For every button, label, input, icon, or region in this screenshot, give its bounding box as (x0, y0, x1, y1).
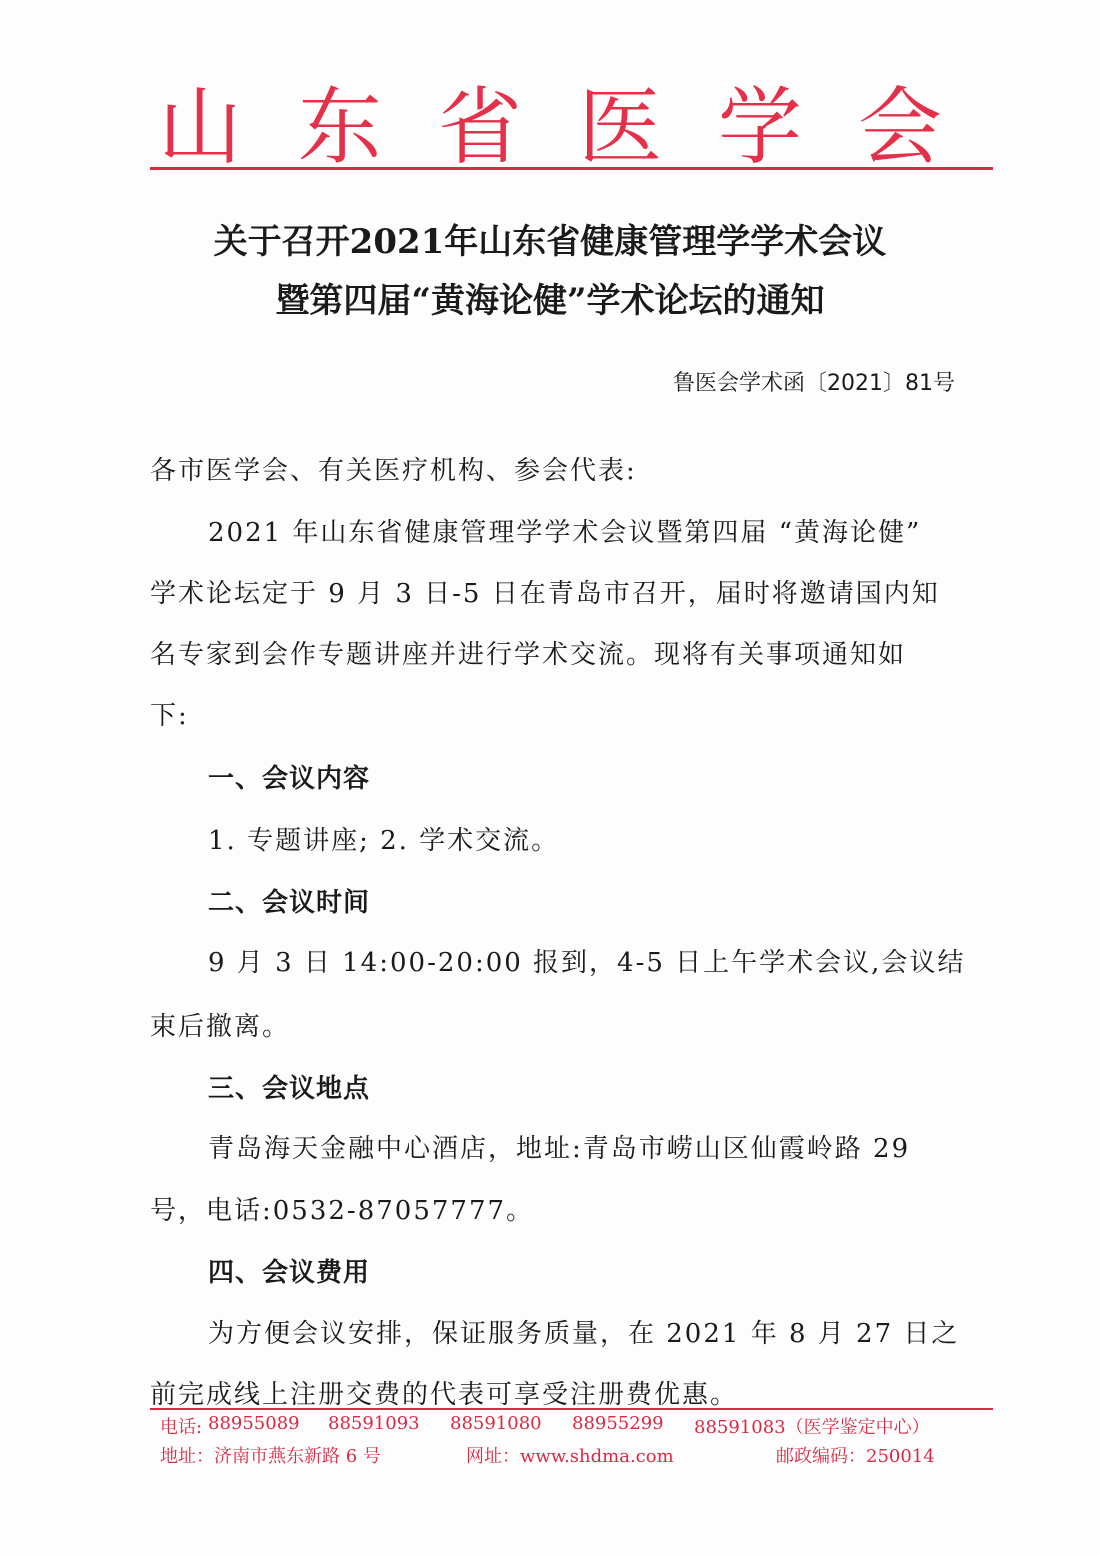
footer-phone: 88591093 (328, 1413, 450, 1439)
footer-postcode: 邮政编码：250014 (776, 1442, 935, 1468)
footer-phone-label: 电话: (160, 1413, 208, 1439)
section-body-line: 为方便会议安排，保证服务质量，在 2021 年 8 月 27 日之 (208, 1313, 959, 1350)
footer-address: 地址：济南市燕东新路 6 号 (160, 1442, 466, 1468)
footer-phone-row: 电话: 88955089 88591093 88591080 88955299 … (160, 1413, 950, 1439)
masthead-char: 东 (290, 60, 390, 181)
footer-phone: 88955299 (572, 1413, 694, 1439)
intro-line: 学术论坛定于 9 月 3 日-5 日在青岛市召开，届时将邀请国内知 (150, 573, 940, 610)
masthead-char: 学 (710, 60, 810, 181)
masthead-char: 医 (570, 60, 670, 181)
section-body-line: 号，电话:0532-87057777。 (150, 1190, 534, 1227)
section-body-line: 9 月 3 日 14:00-20:00 报到，4-5 日上午学术会议,会议结 (208, 942, 965, 979)
footer-phone: 88955089 (208, 1413, 328, 1439)
section-body-line: 青岛海天金融中心酒店，地址:青岛市崂山区仙霞岭路 29 (208, 1128, 910, 1165)
intro-line: 下: (150, 695, 189, 732)
footer-phone: 88591080 (450, 1413, 572, 1439)
section-body-line: 束后撤离。 (150, 1006, 290, 1043)
section-heading-time: 二、会议时间 (208, 882, 370, 919)
document-number: 鲁医会学术函〔2021〕81号 (673, 366, 955, 397)
section-body-line: 1. 专题讲座; 2. 学术交流。 (208, 820, 559, 857)
footer-address-row: 地址：济南市燕东新路 6 号 网址：www.shdma.com 邮政编码：250… (160, 1442, 950, 1468)
masthead-char: 会 (850, 60, 950, 181)
intro-line: 名专家到会作专题讲座并进行学术交流。现将有关事项通知如 (150, 634, 906, 671)
section-heading-venue: 三、会议地点 (208, 1068, 370, 1105)
section-heading-fees: 四、会议费用 (208, 1252, 370, 1289)
masthead-org-name: 山 东 省 医 学 会 (150, 70, 950, 170)
document-title-line-1: 关于召开2021年山东省健康管理学学术会议 (100, 214, 1000, 263)
document-title-line-2: 暨第四届“黄海论健”学术论坛的通知 (100, 273, 1000, 322)
footer-website: 网址：www.shdma.com (466, 1442, 776, 1468)
masthead-divider (150, 167, 993, 170)
masthead-char: 山 (150, 60, 250, 181)
section-heading-content: 一、会议内容 (208, 758, 370, 795)
salutation: 各市医学会、有关医疗机构、参会代表: (150, 450, 637, 487)
footer-divider (150, 1408, 993, 1410)
masthead-char: 省 (430, 60, 530, 181)
intro-line: 2021 年山东省健康管理学学术会议暨第四届 “黄海论健” (208, 512, 921, 549)
section-body-line: 前完成线上注册交费的代表可享受注册费优惠。 (150, 1374, 738, 1411)
footer-phone: 88591083（医学鉴定中心） (694, 1413, 930, 1439)
